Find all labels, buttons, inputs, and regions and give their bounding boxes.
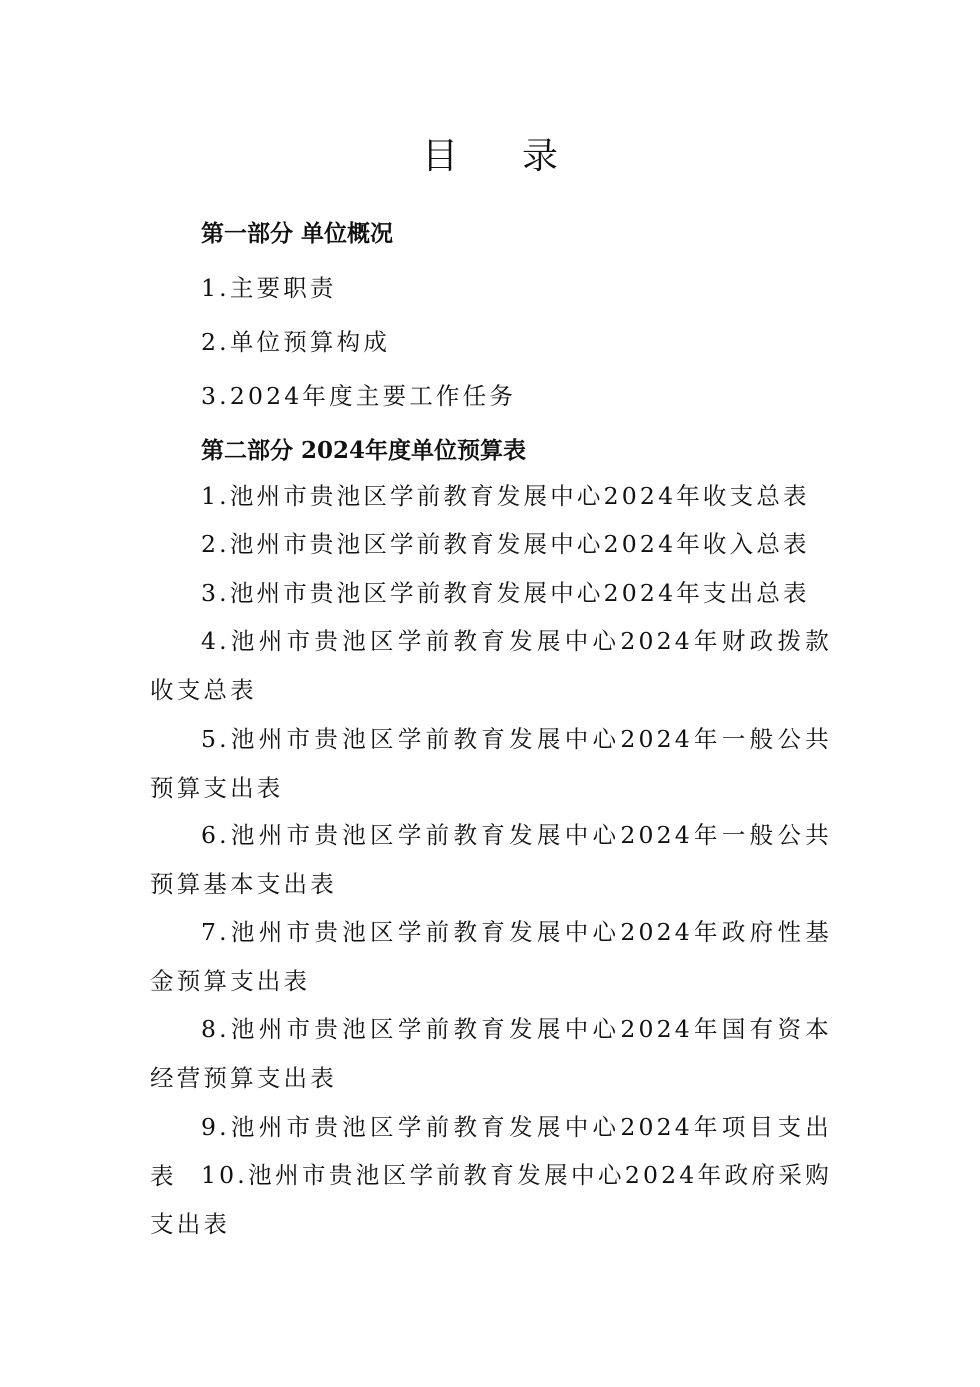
title-char-2: 录 xyxy=(522,128,558,179)
toc-item-part2-6: 6.池州市贵池区学前教育发展中心2024年一般公共预算基本支出表 xyxy=(150,811,832,908)
toc-item-part2-7: 7.池州市贵池区学前教育发展中心2024年政府性基金预算支出表 xyxy=(150,908,832,1005)
toc-item-part1-2: 2.单位预算构成 xyxy=(150,318,832,367)
toc-item-part2-1: 1.池州市贵池区学前教育发展中心2024年收支总表 xyxy=(150,472,832,521)
toc-item-part2-5: 5.池州市贵池区学前教育发展中心2024年一般公共预算支出表 xyxy=(150,715,832,812)
page-title: 目录 xyxy=(0,128,980,179)
toc-item-part2-3: 3.池州市贵池区学前教育发展中心2024年支出总表 xyxy=(150,569,832,618)
toc-item-part2-8: 8.池州市贵池区学前教育发展中心2024年国有资本经营预算支出表 xyxy=(150,1005,832,1102)
title-char-1: 目 xyxy=(422,128,458,179)
toc-item-part1-3: 3.2024年度主要工作任务 xyxy=(150,372,832,421)
toc-item-part2-10: 10.池州市贵池区学前教育发展中心2024年政府采购支出表 xyxy=(150,1151,832,1248)
toc-item-part2-2: 2.池州市贵池区学前教育发展中心2024年收入总表 xyxy=(150,520,832,569)
part2-heading: 第二部分 2024年度单位预算表 xyxy=(150,427,832,476)
toc-item-part2-4: 4.池州市贵池区学前教育发展中心2024年财政拨款收支总表 xyxy=(150,617,832,714)
toc-item-part1-1: 1.主要职责 xyxy=(150,264,832,313)
part1-heading: 第一部分 单位概况 xyxy=(150,210,832,259)
